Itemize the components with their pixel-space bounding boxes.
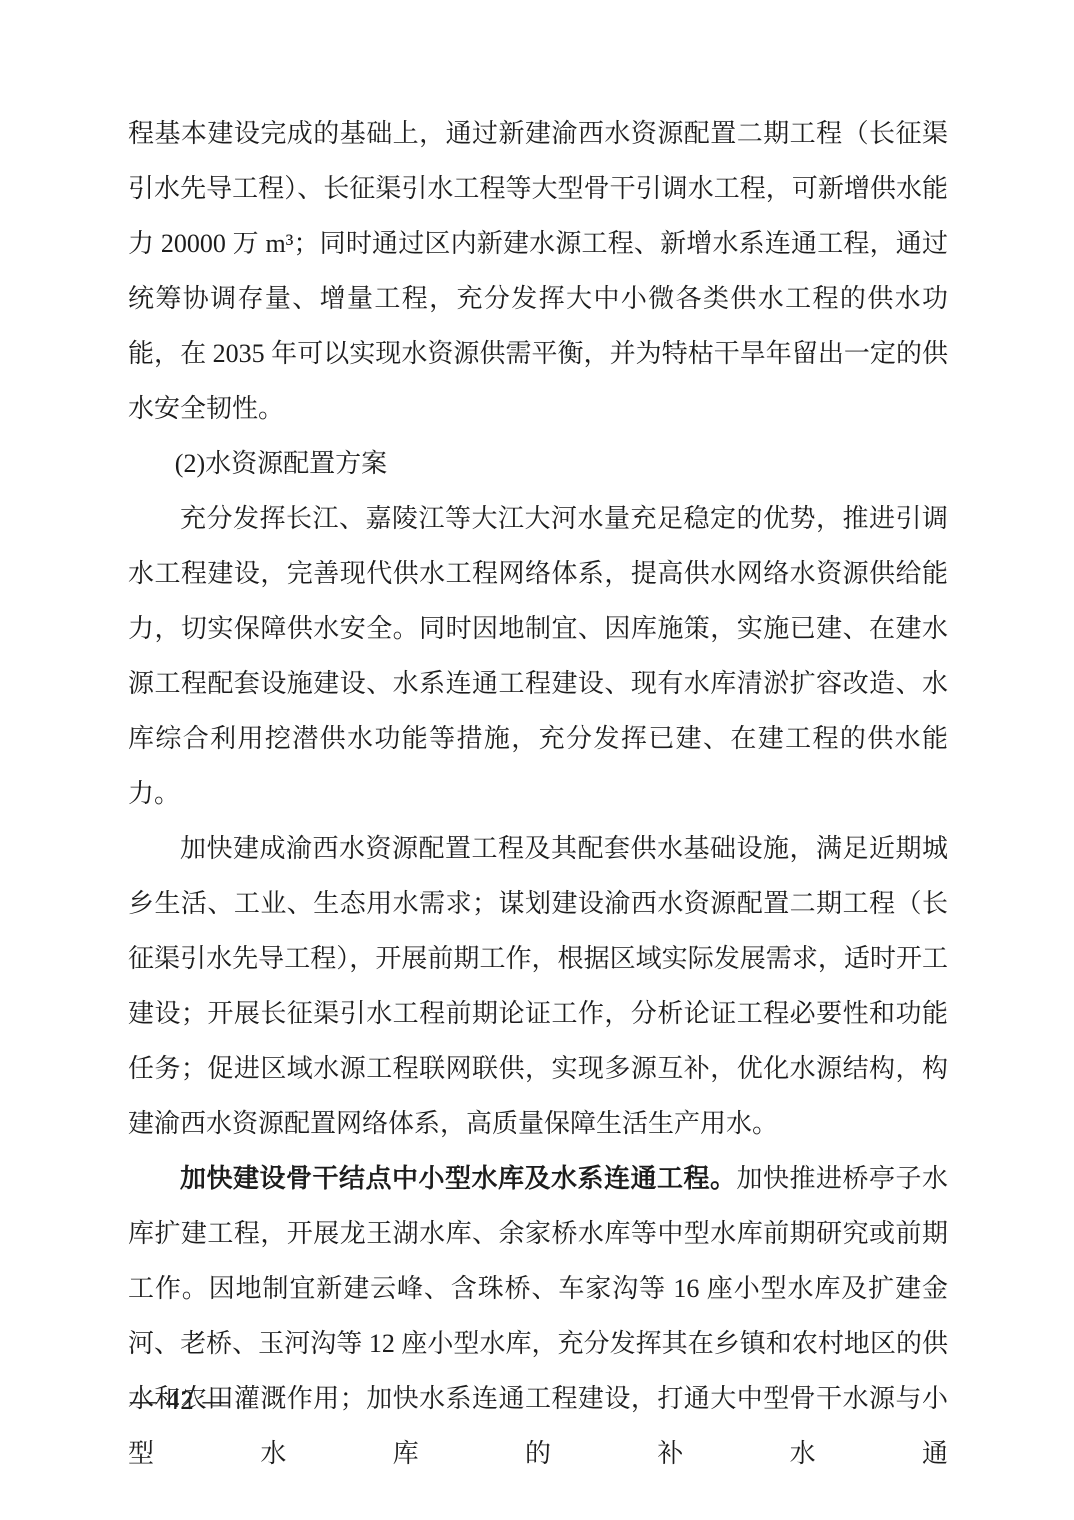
document-body: 程基本建设完成的基础上，通过新建渝西水资源配置二期工程（长征渠引水先导工程）、长… xyxy=(128,106,948,1481)
paragraph-text: 加快推进桥亭子水库扩建工程，开展龙王湖水库、余家桥水库等中型水库前期研究或前期工… xyxy=(128,1164,948,1468)
page-footer: — 42 — xyxy=(130,1382,231,1418)
paragraph: 加快建成渝西水资源配置工程及其配套供水基础设施，满足近期城乡生活、工业、生态用水… xyxy=(128,821,948,1151)
paragraph: 充分发挥长江、嘉陵江等大江大河水量充足稳定的优势，推进引调水工程建设，完善现代供… xyxy=(128,491,948,821)
section-heading: (2)水资源配置方案 xyxy=(128,436,948,491)
paragraph-bold-lead: 加快建设骨干结点中小型水库及水系连通工程。 xyxy=(180,1164,736,1193)
paragraph: 加快建设骨干结点中小型水库及水系连通工程。加快推进桥亭子水库扩建工程，开展龙王湖… xyxy=(128,1151,948,1481)
paragraph-continuation: 程基本建设完成的基础上，通过新建渝西水资源配置二期工程（长征渠引水先导工程）、长… xyxy=(128,106,948,436)
document-page: 程基本建设完成的基础上，通过新建渝西水资源配置二期工程（长征渠引水先导工程）、长… xyxy=(0,0,1074,1520)
page-number: — 42 — xyxy=(130,1385,231,1415)
